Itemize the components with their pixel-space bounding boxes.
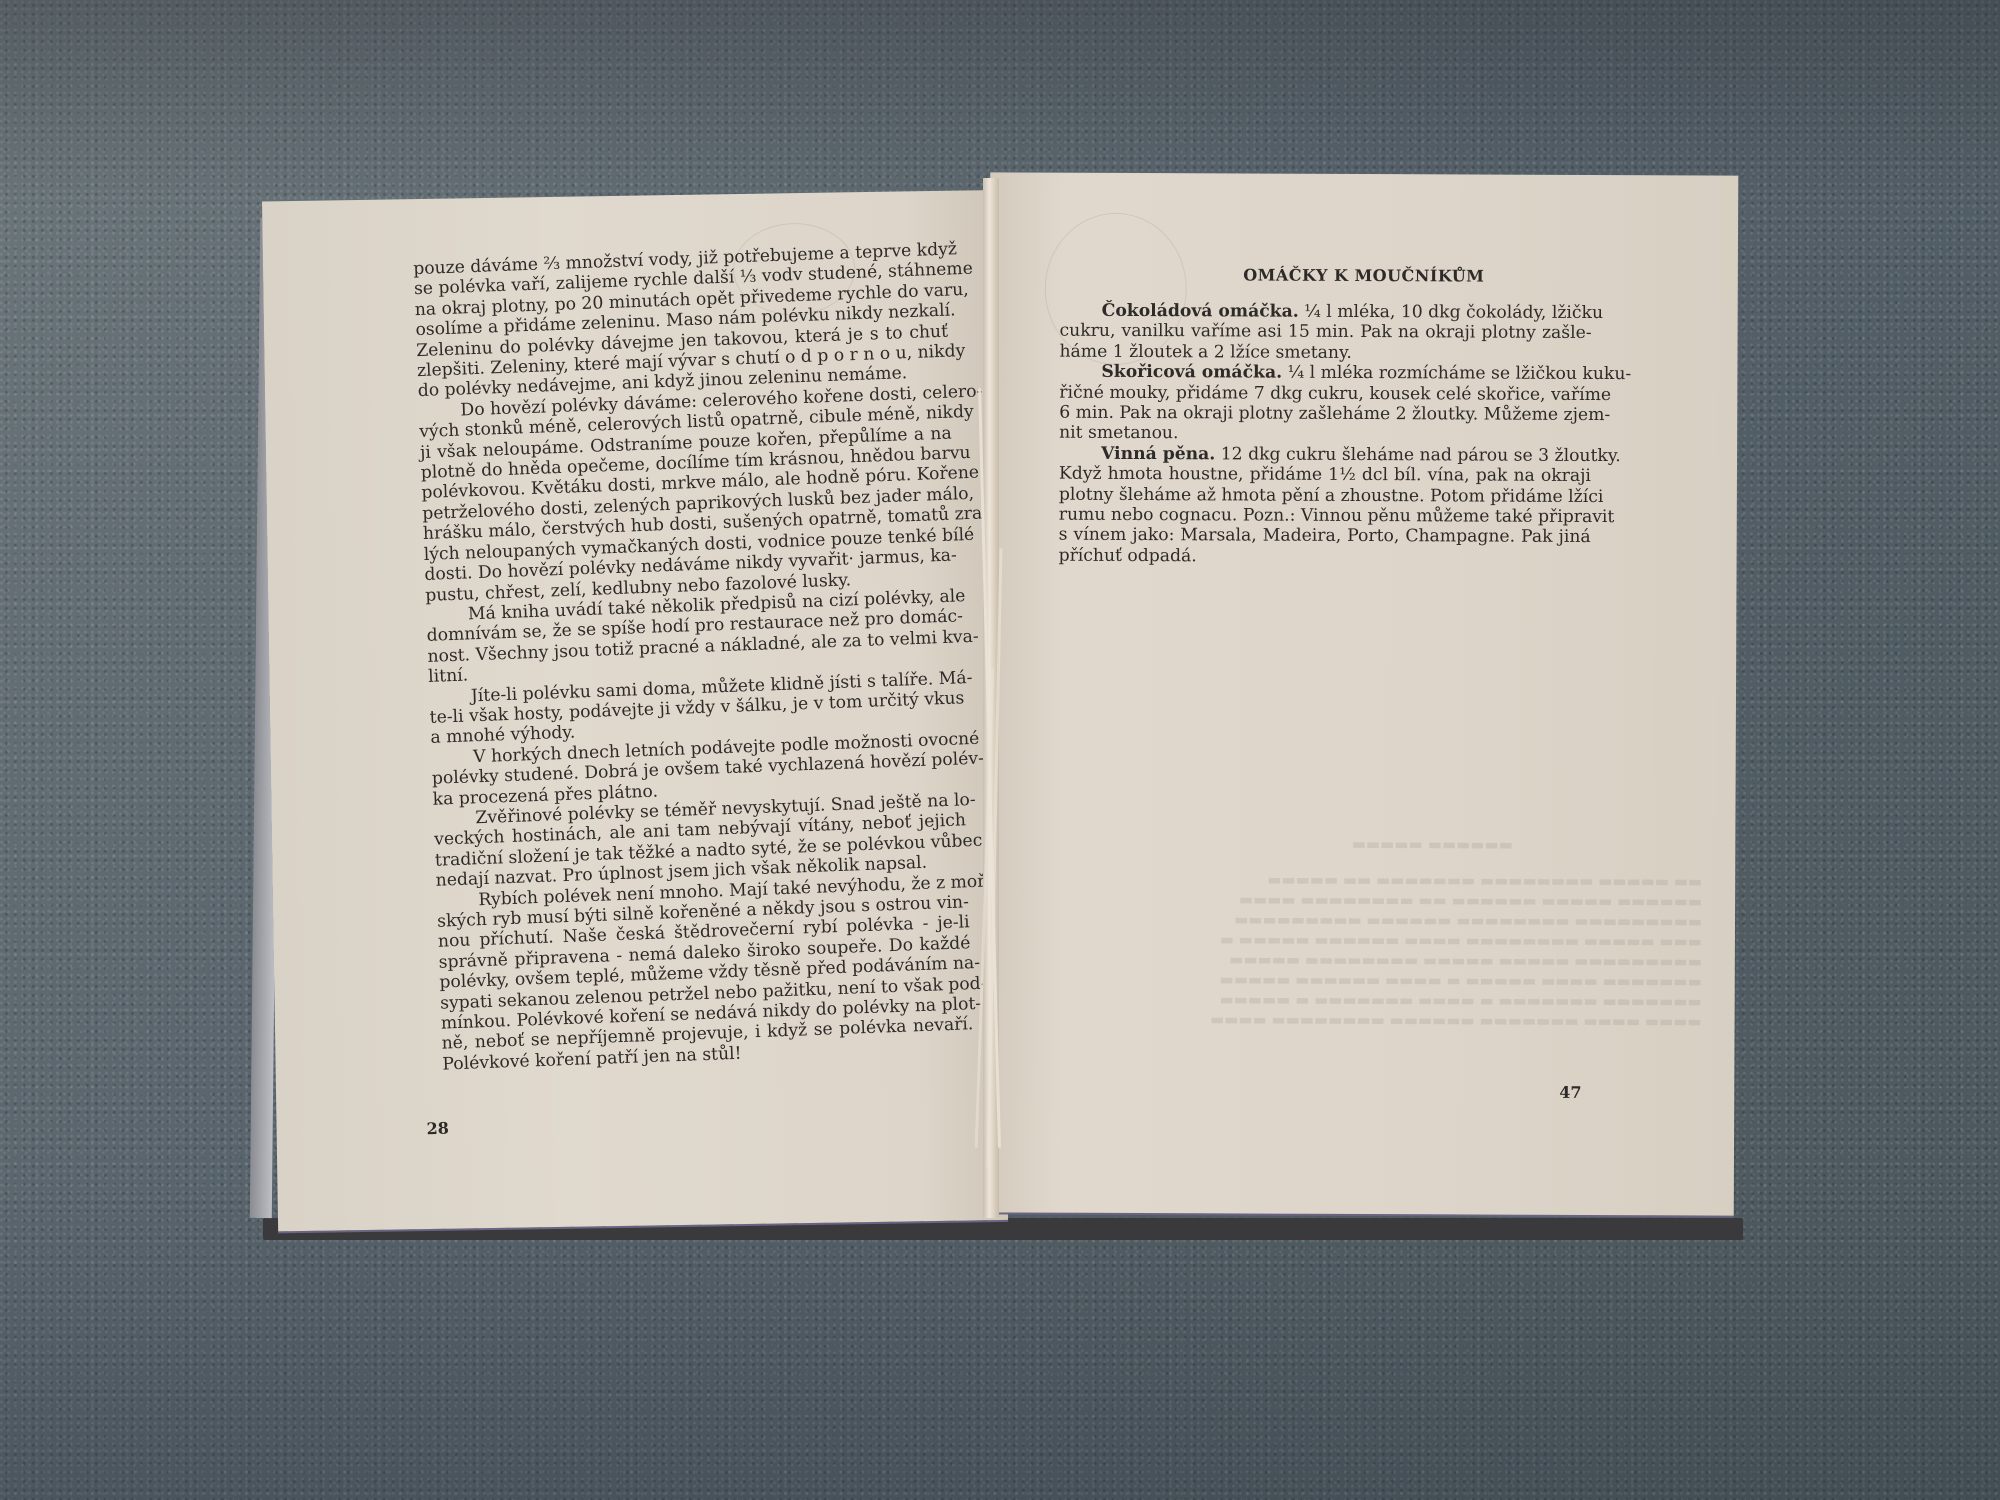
text-line: řičné mouky, přidáme 7 dkg cukru, kousek… — [1059, 382, 1591, 405]
text-line: háme 1 žloutek a 2 lžíce smetany. — [1059, 341, 1591, 364]
right-page-text: Čokoládová omáčka. ¼ l mléka, 10 dkg čok… — [1059, 301, 1592, 569]
left-page: pouze dáváme ⅔ množství vody, již potřeb… — [262, 190, 1008, 1231]
right-page: OMÁČKY K MOUČNÍKŮM Čokoládová omáčka. ¼ … — [986, 172, 1739, 1215]
text-line: nit smetanou. — [1059, 423, 1591, 446]
left-page-text: pouze dáváme ⅔ množství vody, již potřeb… — [413, 240, 975, 1075]
text-line: plotny šleháme až hmota pění a zhoustne.… — [1059, 484, 1591, 507]
text-line: 6 min. Pak na okraji plotny zašleháme 2 … — [1059, 403, 1591, 426]
text-line: příchuť odpadá. — [1059, 546, 1591, 569]
text-line: s vínem jako: Marsala, Madeira, Porto, C… — [1059, 525, 1591, 548]
recipe-title: Vinná pěna. — [1101, 444, 1215, 464]
recipe-first-line: Skořicová omáčka. ¼ l mléka rozmícháme s… — [1059, 362, 1591, 385]
text-line: cukru, vanilku vaříme asi 15 min. Pak na… — [1060, 321, 1592, 344]
recipe-title: Skořicová omáčka. — [1101, 362, 1282, 383]
open-book: pouze dáváme ⅔ množství vody, již potřeb… — [255, 168, 1755, 1248]
text-line: Když hmota houstne, přidáme 1½ dcl bíl. … — [1059, 464, 1591, 487]
page-number-left: 28 — [426, 1119, 449, 1139]
text-line: rumu nebo cognacu. Pozn.: Vinnou pěnu mů… — [1059, 505, 1591, 528]
page-number-right: 47 — [1559, 1083, 1581, 1102]
show-through-text: ▬▬▬▬▬▬ ▬▬▬▬▬ ▬▬ ▬▬▬▬▬ ▬▬▬▬▬▬▬▬ ▬▬▬▬▬▬▬ ▬… — [1161, 833, 1703, 1235]
recipe-title: Čokoládová omáčka. — [1102, 301, 1299, 322]
recipe-first-line: Čokoládová omáčka. ¼ l mléka, 10 dkg čok… — [1060, 301, 1592, 324]
section-heading: OMÁČKY K MOUČNÍKŮM — [990, 264, 1738, 286]
recipe-first-line: Vinná pěna. 12 dkg cukru šleháme nad pár… — [1059, 444, 1591, 467]
